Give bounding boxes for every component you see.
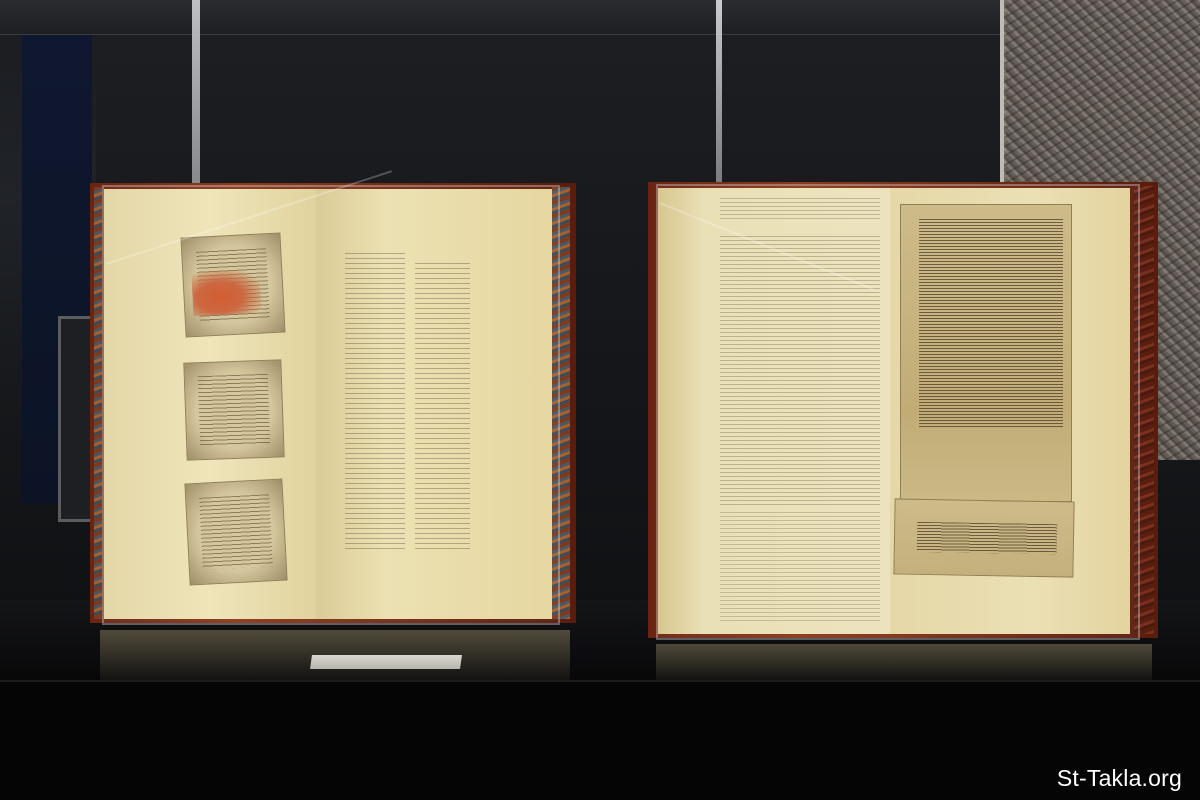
right-book [648,182,1158,642]
background-door-frame [58,316,94,522]
light-reflection-left [192,0,200,185]
watermark: St-Takla.org [1057,765,1182,792]
display-case-base [0,680,1200,800]
acrylic-book-stand-left [102,185,560,625]
left-book [90,183,576,628]
light-reflection-right [716,0,722,185]
left-book-marbled-edge-left [94,187,102,619]
right-book-reflection [656,644,1152,680]
exhibit-label-card [310,655,462,669]
acrylic-book-stand-right [656,184,1140,640]
